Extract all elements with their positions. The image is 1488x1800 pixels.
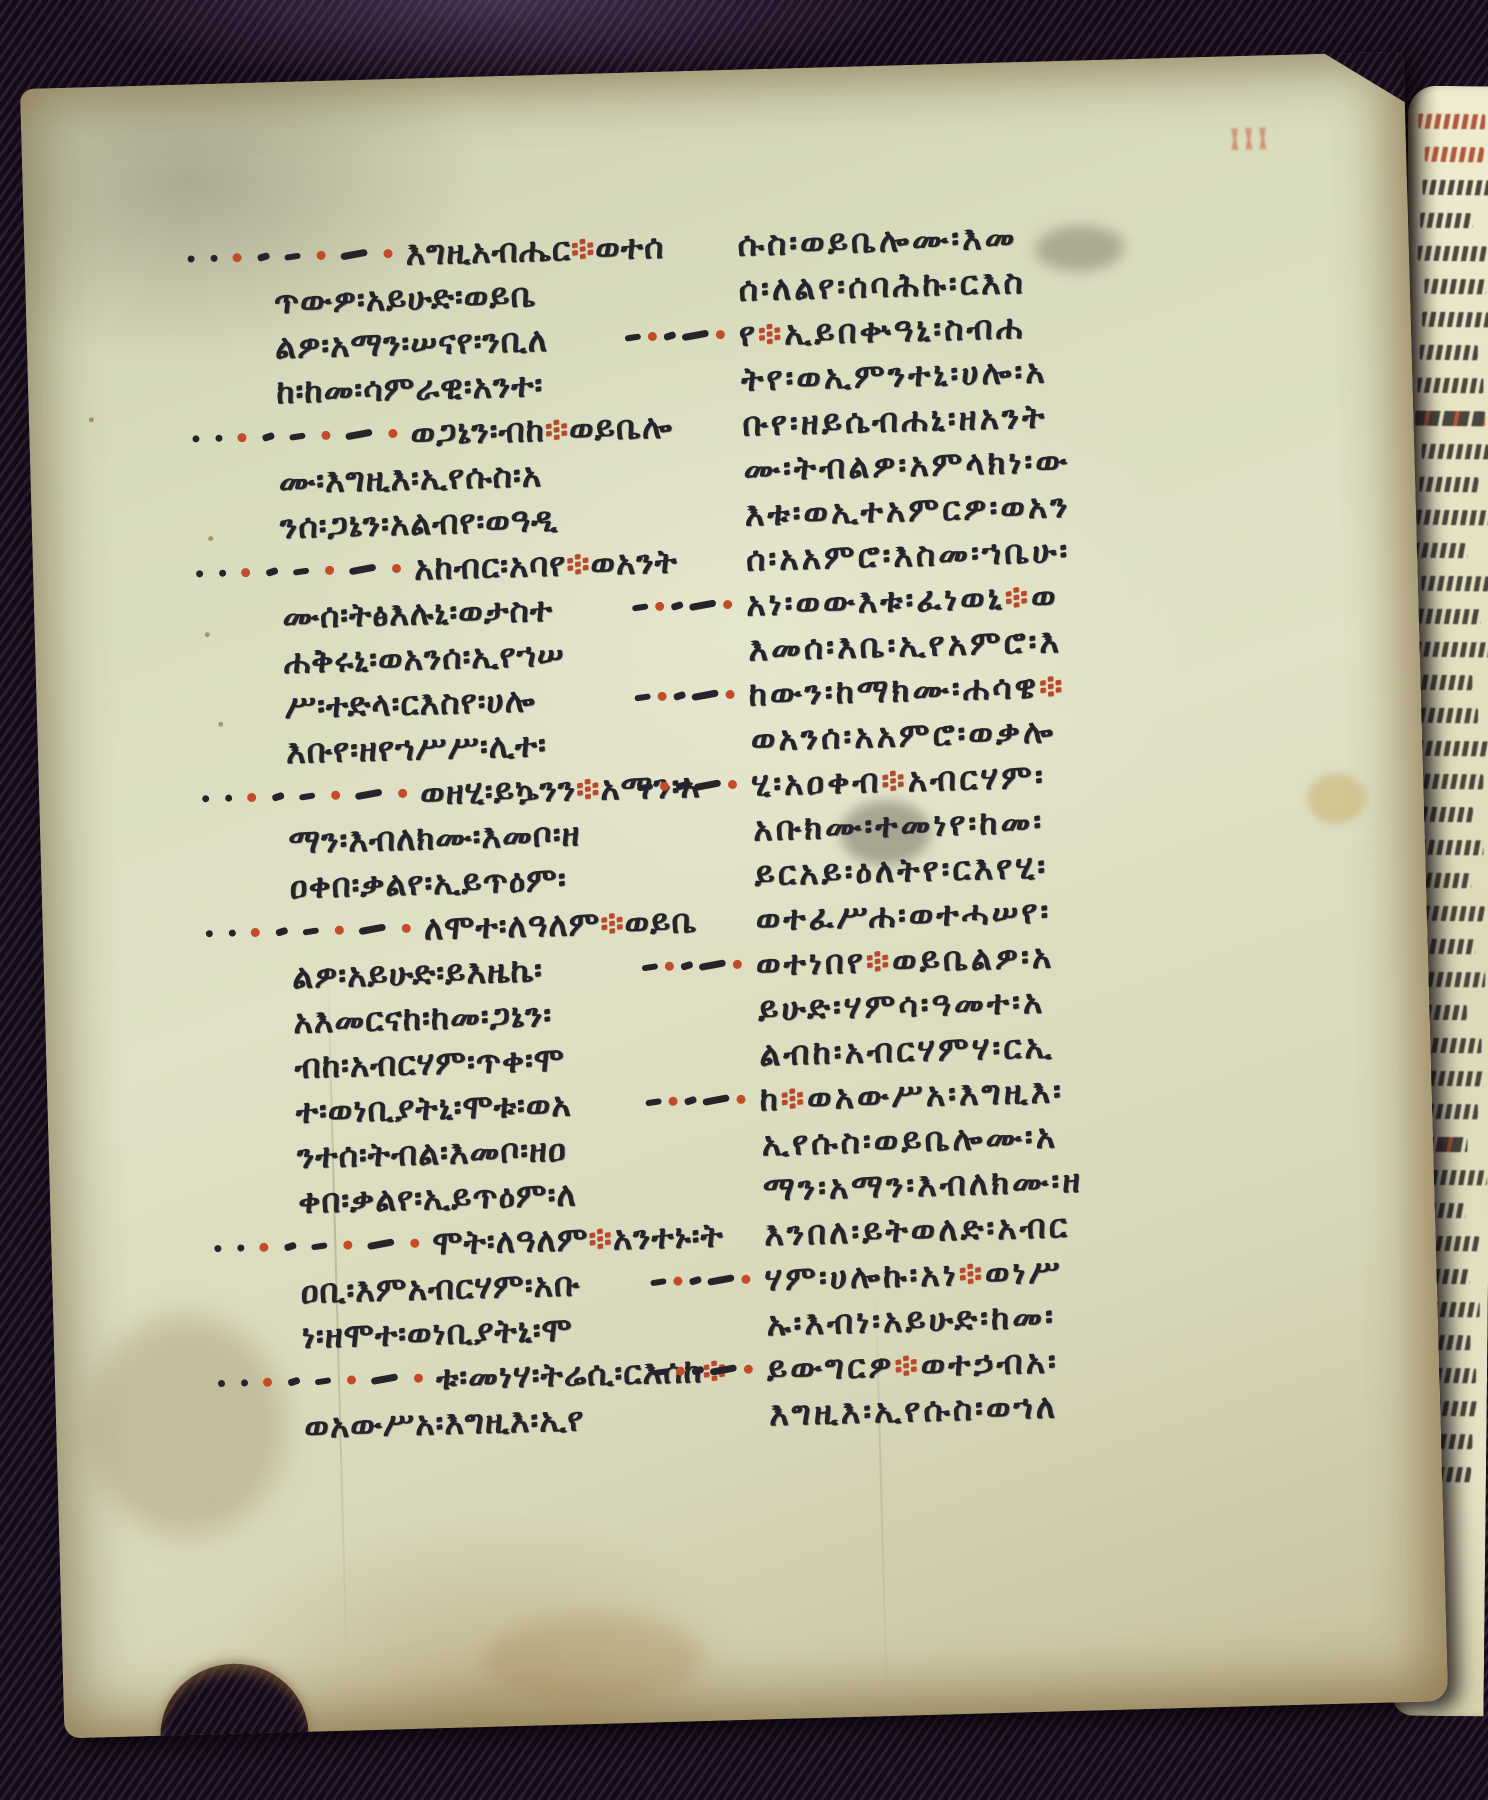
paragraph-marks bbox=[634, 690, 734, 702]
paragraph-marks bbox=[218, 1374, 423, 1389]
paragraph-separator-glyph: ፨ bbox=[894, 1345, 921, 1385]
geez-text: ማን፡አማን፡እብለክሙ፡ዘ bbox=[762, 1160, 1083, 1209]
mark-red-dot bbox=[665, 962, 674, 971]
geez-text: ኡ፡እብነ፡አይሁድ፡ከመ፡ bbox=[766, 1296, 1056, 1344]
geez-text: ዐቢ፡እምአብርሃም፡አቡ bbox=[300, 1264, 581, 1312]
geez-text: ይሁድ፡ሃምሳ፡ዓመተ፡አ bbox=[758, 981, 1046, 1029]
paragraph-marks bbox=[637, 780, 737, 792]
mark-black-stroke bbox=[691, 1366, 705, 1376]
paragraph-marks bbox=[192, 429, 397, 444]
mark-black-stroke bbox=[653, 1367, 670, 1375]
mark-black-stroke bbox=[683, 1096, 697, 1106]
mark-black-stroke bbox=[196, 570, 203, 577]
mark-black-stroke bbox=[349, 564, 377, 576]
mark-black-stroke bbox=[625, 333, 642, 341]
mark-red-dot bbox=[675, 1367, 684, 1376]
fore-edge-row bbox=[1419, 609, 1482, 625]
geez-text: ቡየ፡ዘይሴብሐኒ፡ዘአንት bbox=[742, 396, 1048, 444]
mark-black-stroke bbox=[699, 959, 727, 971]
geez-text: ሙ፡ትብልዎ፡አምላክነ፡ው bbox=[743, 440, 1070, 489]
mark-black-stroke bbox=[694, 779, 722, 791]
parchment-notch bbox=[159, 1662, 311, 1739]
mark-black-stroke bbox=[688, 1276, 702, 1286]
mark-red-dot bbox=[388, 429, 397, 438]
geez-text: ሰ፡ለልየ፡ሰባሕኩ፡ርእስ bbox=[738, 261, 1026, 309]
geez-text: እቱ፡ወኢተአምርዎ፡ወአን bbox=[744, 485, 1071, 534]
paragraph-separator-glyph: ፨ bbox=[881, 760, 908, 800]
mark-black-stroke bbox=[637, 783, 654, 791]
mark-red-dot bbox=[325, 566, 334, 575]
mark-red-dot bbox=[334, 926, 343, 935]
geez-text: ወተነበየ፨ወይቤልዎ፡አ bbox=[755, 936, 1054, 984]
mark-red-dot bbox=[347, 1375, 356, 1384]
mark-black-stroke bbox=[293, 567, 310, 575]
geez-text: አእመርናከ፡ከመ፡ጋኔን፡ bbox=[293, 994, 553, 1041]
mark-black-stroke bbox=[261, 432, 275, 442]
mark-black-stroke bbox=[188, 255, 195, 262]
manuscript-page: እግዚአብሔር፨ወተሰጥውዎ፡አይሁድ፡ወይቤልዎ፡አማን፡ሠናየ፡ንቢለከ፡ከ… bbox=[20, 52, 1448, 1739]
geez-text: ትየ፡ወኢምንተኒ፡ሀሎ፡አ bbox=[741, 351, 1048, 399]
geez-text: ማን፡እብለክሙ፡እመቦ፡ዘ bbox=[288, 814, 581, 862]
fore-edge-row bbox=[1417, 642, 1488, 658]
paragraph-marks bbox=[632, 600, 732, 612]
mark-red-dot bbox=[660, 782, 669, 791]
mark-red-dot bbox=[723, 600, 732, 609]
geez-text: ልዎ፡አይሁድ፡ይእዜኬ፡ bbox=[292, 950, 544, 997]
paragraph-separator-glyph: ፨ bbox=[780, 1078, 807, 1118]
mark-black-stroke bbox=[645, 1098, 662, 1106]
geez-text: ልብከ፡አብርሃምሃ፡ርኢ bbox=[759, 1026, 1055, 1074]
water-stain bbox=[481, 1611, 703, 1707]
paragraph-separator-glyph: ፨ bbox=[570, 228, 595, 268]
mark-black-stroke bbox=[672, 691, 686, 701]
mark-red-dot bbox=[647, 332, 656, 341]
geez-text: እንበለ፡ይትወለድ፡አብር bbox=[764, 1206, 1071, 1254]
paragraph-separator-glyph: ፨ bbox=[865, 940, 892, 980]
mark-black-stroke bbox=[214, 1245, 221, 1252]
geez-text: እመሰ፡እቤ፡ኢየአምሮ፡እ bbox=[748, 621, 1063, 669]
geez-text: ወተፈሥሐ፡ወተሓሠየ፡ bbox=[755, 891, 1052, 939]
mark-black-stroke bbox=[275, 927, 289, 937]
paragraph-separator-glyph: ፨ bbox=[544, 409, 569, 449]
mark-black-stroke bbox=[218, 1380, 225, 1387]
mark-black-stroke bbox=[663, 331, 677, 341]
geez-text: ሙ፡እግዚእ፡ኢየሱስ፡አ bbox=[278, 455, 542, 502]
geez-text: ሰ፡አአምሮ፡እስመ፡ኀቤሁ፡ bbox=[745, 530, 1070, 579]
fore-edge-row bbox=[1415, 543, 1468, 559]
mark-red-dot bbox=[233, 253, 242, 262]
mark-black-stroke bbox=[345, 429, 373, 441]
paragraph-marks bbox=[653, 1365, 753, 1377]
geez-text: ጥውዎ፡አይሁድ፡ወይቤ bbox=[273, 275, 537, 322]
mark-black-stroke bbox=[675, 781, 689, 791]
mark-black-stroke bbox=[225, 795, 232, 802]
paragraph-marks bbox=[202, 789, 407, 804]
mark-red-dot bbox=[251, 928, 260, 937]
mark-black-stroke bbox=[210, 255, 217, 262]
mark-red-dot bbox=[744, 1365, 753, 1374]
geez-text: ወአንሰ፡አአምሮ፡ወቃሎ bbox=[750, 711, 1056, 759]
mark-red-dot bbox=[398, 789, 407, 798]
mark-black-stroke bbox=[355, 788, 383, 800]
paragraph-marks bbox=[625, 330, 725, 342]
fore-edge-row bbox=[1414, 675, 1472, 691]
fore-edge-row bbox=[1421, 576, 1488, 592]
geez-text: ከ፡ከመ፡ሳምራዊ፡አንተ፡ bbox=[276, 364, 544, 411]
mark-red-dot bbox=[241, 568, 250, 577]
geez-text: ሃም፡ሀሎኩ፡አነ፨ወነሥ bbox=[764, 1251, 1063, 1299]
mark-red-dot bbox=[736, 1095, 745, 1104]
mark-black-stroke bbox=[367, 1238, 395, 1250]
geez-text: ዐቀበ፡ቃልየ፡ኢይጥዕም፡ bbox=[289, 859, 567, 906]
mark-black-stroke bbox=[710, 1364, 738, 1376]
mark-red-dot bbox=[673, 1277, 682, 1286]
mark-red-dot bbox=[668, 1097, 677, 1106]
mark-black-stroke bbox=[206, 930, 213, 937]
fore-edge-row bbox=[1417, 510, 1488, 526]
geez-text: ነ፡ዘሞተ፡ወነቢያትኒ፡ሞ bbox=[301, 1309, 573, 1356]
mark-black-stroke bbox=[256, 252, 270, 262]
mark-red-dot bbox=[392, 564, 401, 573]
paragraph-separator-glyph: ፨ bbox=[757, 313, 784, 353]
fore-edge-row bbox=[1416, 774, 1483, 790]
mark-black-stroke bbox=[670, 601, 684, 611]
mark-black-stroke bbox=[315, 1377, 332, 1385]
photograph-of-manuscript: { "manuscript": { "script": "Ethiopic (G… bbox=[0, 0, 1488, 1800]
fore-edge-row bbox=[1420, 345, 1478, 361]
mark-black-stroke bbox=[680, 961, 694, 971]
mark-black-stroke bbox=[634, 693, 651, 701]
mark-black-stroke bbox=[219, 570, 226, 577]
paragraph-marks bbox=[214, 1239, 419, 1254]
worm-hole bbox=[89, 417, 94, 422]
mark-black-stroke bbox=[271, 792, 285, 802]
mark-red-dot bbox=[383, 249, 392, 258]
mark-black-stroke bbox=[691, 689, 719, 701]
geez-text: ንተሰ፡ትብል፡እመቦ፡ዘዐ bbox=[296, 1129, 567, 1176]
mark-black-stroke bbox=[287, 1376, 301, 1386]
paragraph-separator-glyph: ፨ bbox=[566, 543, 591, 583]
mark-red-dot bbox=[733, 960, 742, 969]
paragraph-separator-glyph: ፨ bbox=[588, 1218, 613, 1258]
mark-black-stroke bbox=[359, 923, 387, 935]
fore-edge-row bbox=[1412, 708, 1478, 724]
mark-red-dot bbox=[259, 1243, 268, 1252]
geez-text: ከውን፡ከማክሙ፡ሐሳዌ፨ bbox=[748, 665, 1066, 714]
geez-text: አቡክሙ፡ተመነየ፡ከመ፡ bbox=[753, 801, 1045, 849]
mark-red-dot bbox=[725, 690, 734, 699]
geez-text: ብከ፡አብርሃም፡ጥቀ፡ሞ bbox=[294, 1039, 566, 1086]
mark-black-stroke bbox=[289, 432, 306, 440]
paragraph-marks bbox=[196, 564, 401, 579]
geez-text: ንሰ፡ጋኔን፡አልብየ፡ወዓዲ bbox=[279, 499, 558, 547]
text-column-right: ሱስ፡ወይቤሎሙ፡እመሰ፡ለልየ፡ሰባሕኩ፡ርእስየ፨ኢይበቍዓኒ፡ስብሐትየ፡… bbox=[622, 204, 1425, 1439]
mark-red-dot bbox=[237, 433, 246, 442]
mark-black-stroke bbox=[202, 795, 209, 802]
geez-text: ሙሰ፡ትፅእሉኒ፡ወታስተ bbox=[282, 589, 554, 636]
mark-black-stroke bbox=[299, 792, 316, 800]
mark-red-dot bbox=[657, 692, 666, 701]
geez-text: ኢየሱስ፡ወይቤሎሙ፡አ bbox=[761, 1116, 1058, 1164]
mark-black-stroke bbox=[371, 1373, 399, 1385]
geez-text: ወአውሥአ፡እግዚእ፡ኢየ bbox=[304, 1399, 585, 1447]
geez-text: ሂ፡አዐቀብ፨አብርሃም፡ bbox=[750, 756, 1046, 804]
mark-black-stroke bbox=[642, 963, 659, 971]
fore-edge-row bbox=[1415, 411, 1485, 427]
mark-black-stroke bbox=[650, 1278, 667, 1286]
geez-text: ልዎ፡አማን፡ሠናየ፡ንቢለ bbox=[274, 319, 548, 366]
mark-black-stroke bbox=[311, 1242, 328, 1250]
mark-red-dot bbox=[343, 1240, 352, 1249]
geez-text: ይርአይ፡ዕለትየ፡ርእየሂ፡ bbox=[754, 846, 1049, 894]
paragraph-separator-glyph: ፨ bbox=[1038, 665, 1065, 705]
mark-red-dot bbox=[728, 780, 737, 789]
paragraph-marks bbox=[642, 960, 742, 972]
paragraph-marks bbox=[650, 1275, 750, 1287]
mark-red-dot bbox=[716, 330, 725, 339]
mark-red-dot bbox=[263, 1378, 272, 1387]
geez-text: ተ፡ወነቢያትኒ፡ሞቱ፡ወአ bbox=[295, 1084, 572, 1131]
mark-red-dot bbox=[741, 1275, 750, 1284]
fore-edge-row bbox=[1418, 114, 1485, 130]
fore-edge-row bbox=[1417, 378, 1483, 394]
fore-edge-row bbox=[1424, 279, 1487, 295]
mark-red-dot bbox=[316, 251, 325, 260]
mark-red-dot bbox=[414, 1374, 423, 1383]
mark-black-stroke bbox=[265, 567, 279, 577]
clipped-corner bbox=[1321, 52, 1406, 106]
paragraph-marks bbox=[645, 1095, 745, 1107]
faint-red-mark bbox=[1227, 127, 1274, 154]
mark-black-stroke bbox=[682, 329, 710, 341]
fore-edge-row bbox=[1422, 312, 1488, 328]
paragraph-marks bbox=[206, 924, 411, 939]
mark-black-stroke bbox=[707, 1274, 735, 1286]
paragraph-separator-glyph: ፨ bbox=[575, 768, 600, 808]
geez-text: ቀበ፡ቃልየ፡ኢይጥዕም፡ለ bbox=[298, 1174, 578, 1222]
mark-red-dot bbox=[331, 791, 340, 800]
mark-black-stroke bbox=[702, 1094, 730, 1106]
paragraph-separator-glyph: ፨ bbox=[600, 902, 625, 942]
mark-black-stroke bbox=[215, 435, 222, 442]
mark-black-stroke bbox=[283, 1241, 297, 1251]
geez-text: ሥ፡ተድላ፡ርእስየ፡ሀሎ bbox=[284, 680, 536, 727]
geez-text: አነ፡ወውእቱ፡ፈነወኒ፨ወ bbox=[746, 576, 1059, 624]
fore-edge-row bbox=[1420, 213, 1473, 229]
mark-black-stroke bbox=[340, 249, 368, 261]
geez-text: ሐቅሩኒ፡ወአንሰ፡ኢየኀሠ bbox=[283, 634, 565, 682]
mark-red-dot bbox=[402, 924, 411, 933]
fore-edge-row bbox=[1422, 444, 1488, 460]
mark-red-dot bbox=[655, 602, 664, 611]
geez-text: እቡየ፡ዘየኀሥሥ፡ሊተ፡ bbox=[285, 725, 547, 772]
fore-edge-row bbox=[1419, 477, 1478, 493]
mark-black-stroke bbox=[689, 599, 717, 611]
geez-text: የ፨ኢይበቍዓኒ፡ስብሐ bbox=[738, 306, 1025, 354]
mark-black-stroke bbox=[284, 252, 301, 260]
mark-black-stroke bbox=[237, 1244, 244, 1251]
fore-edge-row bbox=[1425, 147, 1484, 163]
paragraph-separator-glyph: ፨ bbox=[1004, 576, 1031, 616]
fore-edge-row bbox=[1418, 246, 1487, 262]
mark-red-dot bbox=[247, 793, 256, 802]
mark-black-stroke bbox=[228, 930, 235, 937]
geez-text: ከ፨ወአውሥአ፡እግዚእ፡ bbox=[759, 1071, 1064, 1119]
mark-black-stroke bbox=[632, 603, 649, 611]
mark-red-dot bbox=[321, 431, 330, 440]
paragraph-separator-glyph: ፨ bbox=[958, 1253, 985, 1293]
paragraph-marks bbox=[187, 249, 392, 264]
geez-text: ሱስ፡ወይቤሎሙ፡እመ bbox=[737, 217, 1018, 265]
mark-red-dot bbox=[410, 1239, 419, 1248]
fore-edge-row bbox=[1422, 180, 1488, 196]
geez-text: እግዚእ፡ኢየሱስ፡ወኀለ bbox=[769, 1386, 1059, 1434]
mark-black-stroke bbox=[240, 1379, 247, 1386]
mark-black-stroke bbox=[303, 927, 320, 935]
mark-black-stroke bbox=[192, 435, 199, 442]
geez-text: ይውግርዎ፨ወተኃብአ፡ bbox=[766, 1341, 1059, 1389]
fore-edge-row bbox=[1418, 873, 1471, 889]
fore-edge-row bbox=[1419, 741, 1488, 757]
